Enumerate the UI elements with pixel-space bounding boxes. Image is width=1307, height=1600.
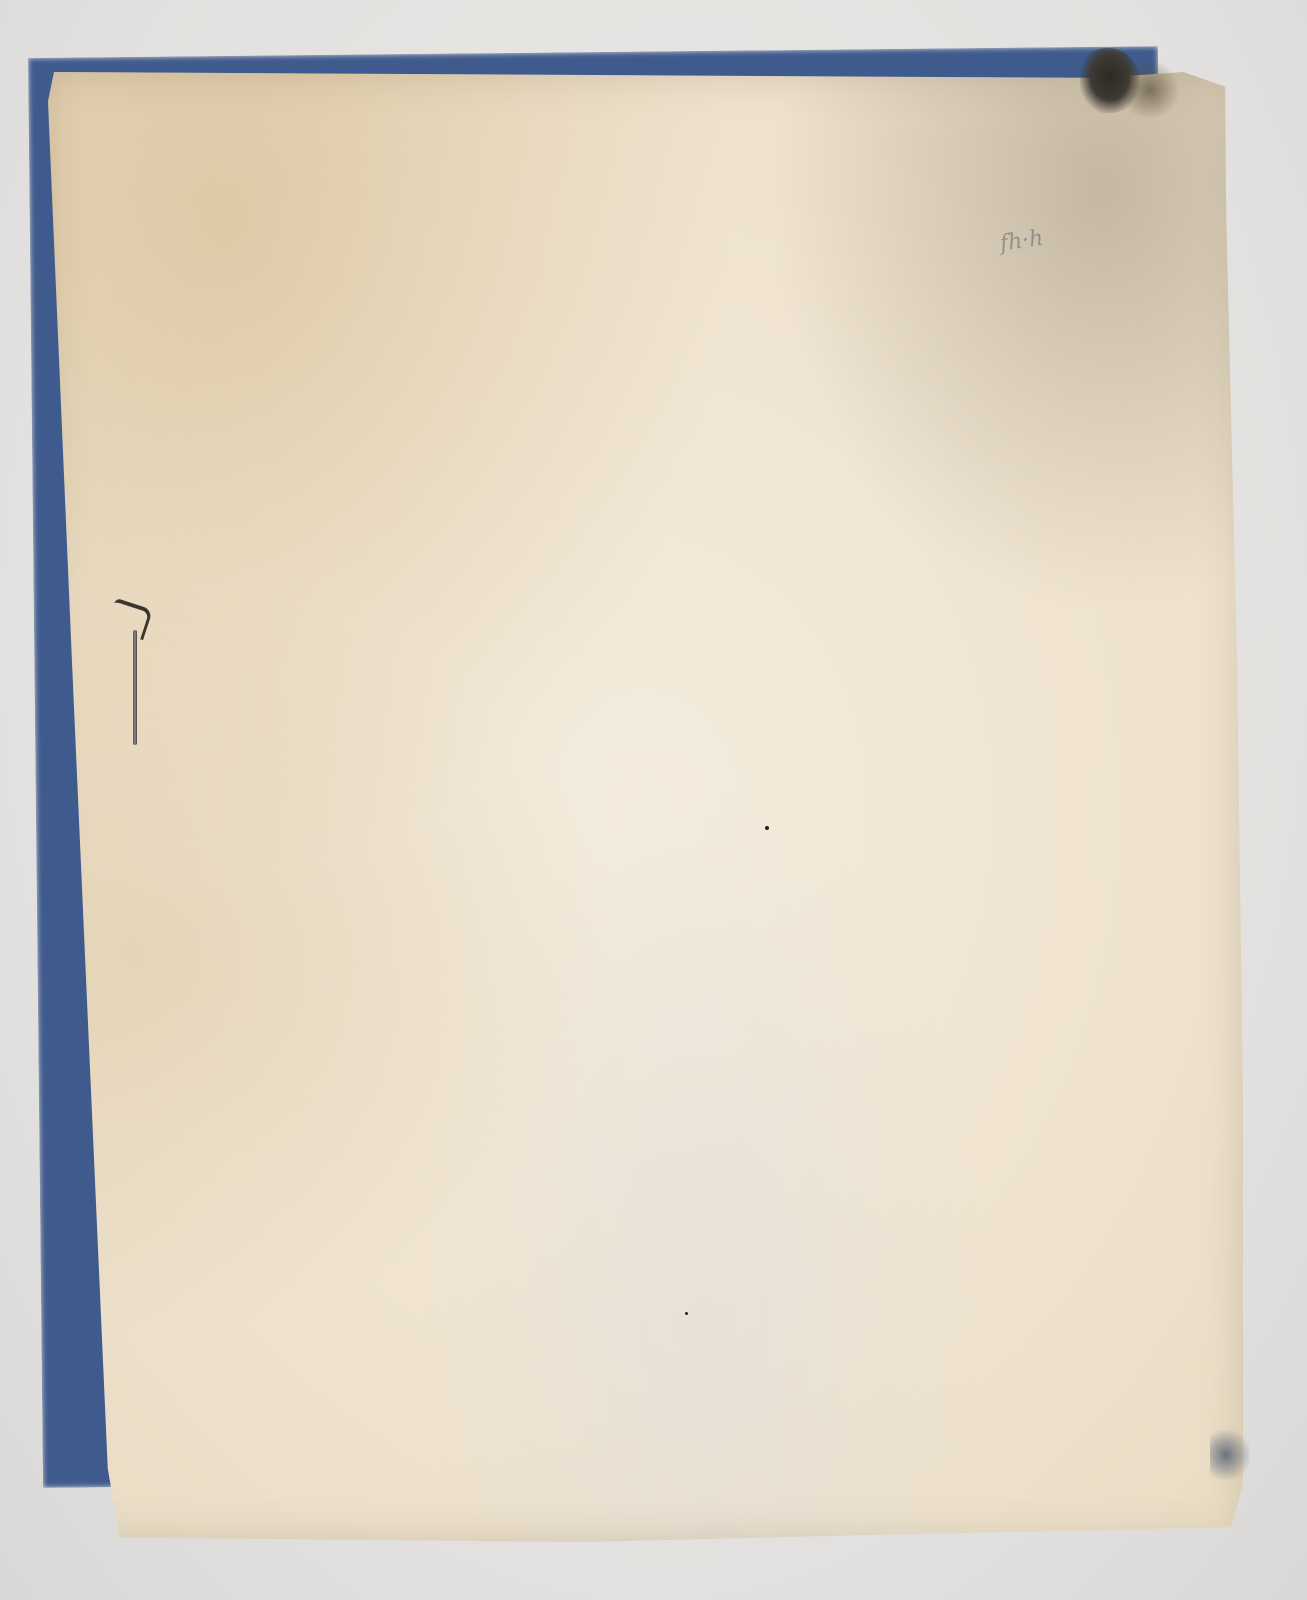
corner-discoloration <box>1120 60 1180 120</box>
booklet-cover <box>48 72 1243 1542</box>
ink-speck <box>685 1312 688 1315</box>
corner-wear <box>1210 1430 1250 1480</box>
staple-leg <box>133 630 137 745</box>
ink-speck <box>765 826 769 830</box>
